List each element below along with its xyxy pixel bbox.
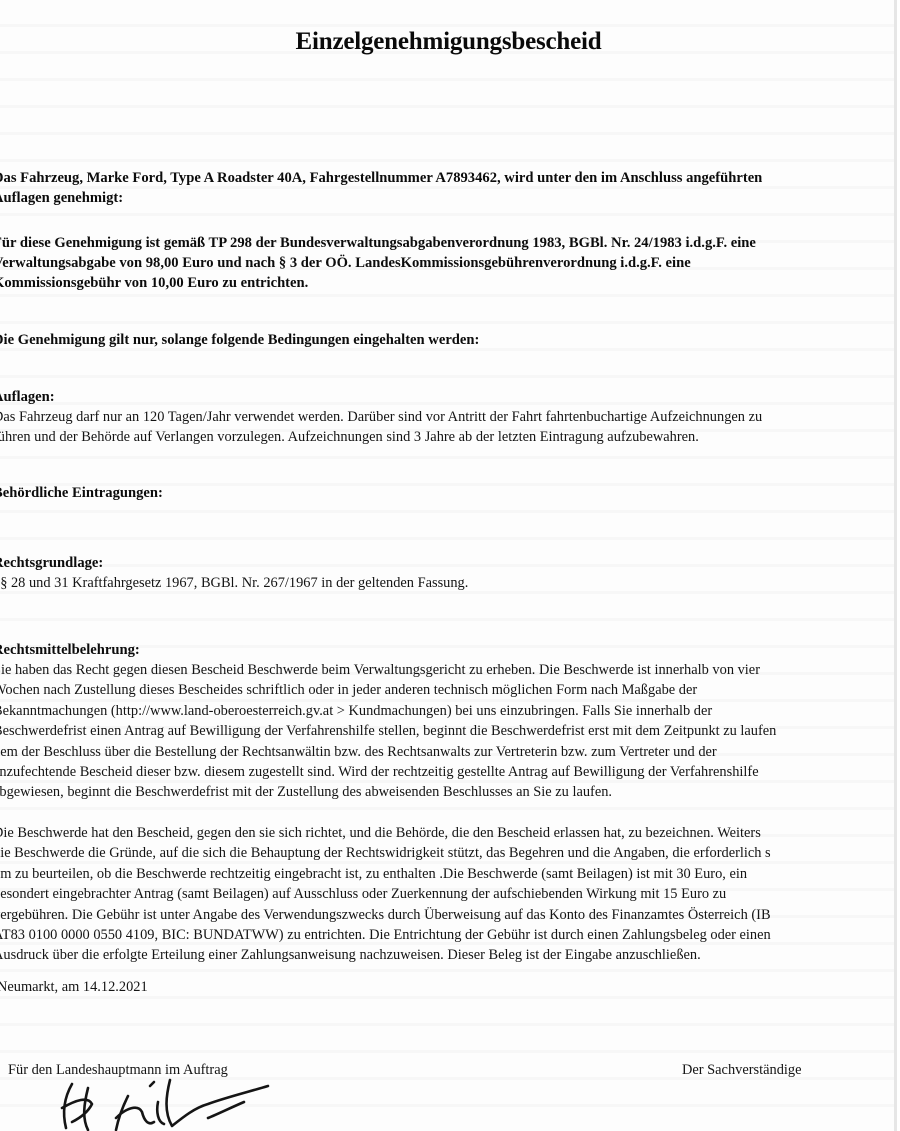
beschwerde-line: Die Beschwerde hat den Bescheid, gegen d…: [0, 823, 897, 843]
condition-statement: Die Genehmigung gilt nur, solange folgen…: [0, 330, 897, 350]
fees-line: Kommissionsgebühr von 10,00 Euro zu entr…: [0, 273, 897, 293]
intro-paragraph: Das Fahrzeug, Marke Ford, Type A Roadste…: [0, 168, 897, 208]
intro-line: Das Fahrzeug, Marke Ford, Type A Roadste…: [0, 168, 897, 188]
rechtsgrundlage-section: Rechtsgrundlage: §§ 28 und 31 Kraftfahrg…: [0, 553, 897, 593]
beschwerde-line: vergebühren. Die Gebühr ist unter Angabe…: [0, 905, 897, 925]
rechtsmittel-line: Sie haben das Recht gegen diesen Beschei…: [0, 660, 897, 680]
auflagen-line: Das Fahrzeug darf nur an 120 Tagen/Jahr …: [0, 407, 897, 427]
beschwerde-paragraph: Die Beschwerde hat den Bescheid, gegen d…: [0, 823, 897, 966]
rechtsmittel-line: abgewiesen, beginnt die Beschwerdefrist …: [0, 782, 897, 802]
rechtsmittel-line: Beschwerdefrist einen Antrag auf Bewilli…: [0, 721, 897, 741]
rechtsmittel-line: dem der Beschluss über die Bestellung de…: [0, 742, 897, 762]
auflagen-line: führen und der Behörde auf Verlangen vor…: [0, 427, 897, 447]
handwritten-signature-icon: [58, 1078, 278, 1131]
beschwerde-line: die Beschwerde die Gründe, auf die sich …: [0, 843, 897, 863]
signatory-right: Der Sachverständige: [682, 1060, 801, 1080]
fees-line: Für diese Genehmigung ist gemäß TP 298 d…: [0, 233, 897, 253]
behoerdliche-eintragungen-heading: Behördliche Eintragungen:: [0, 483, 897, 503]
rechtsmittelbelehrung-heading: Rechtsmittelbelehrung:: [0, 640, 897, 660]
beschwerde-line: Ausdruck über die erfolgte Erteilung ein…: [0, 945, 897, 965]
intro-line: Auflagen genehmigt:: [0, 188, 897, 208]
document-page: Einzelgenehmigungsbescheid Das Fahrzeug,…: [0, 0, 897, 1131]
beschwerde-line: AT83 0100 0000 0550 4109, BIC: BUNDATWW)…: [0, 925, 897, 945]
rechtsmittelbelehrung-section: Rechtsmittelbelehrung: Sie haben das Rec…: [0, 640, 897, 803]
rechtsmittel-line: anzufechtende Bescheid dieser bzw. diese…: [0, 762, 897, 782]
auflagen-section: Auflagen: Das Fahrzeug darf nur an 120 T…: [0, 387, 897, 448]
document-title: Einzelgenehmigungsbescheid: [0, 28, 897, 56]
fees-paragraph: Für diese Genehmigung ist gemäß TP 298 d…: [0, 233, 897, 293]
beschwerde-line: um zu beurteilen, ob die Beschwerde rech…: [0, 864, 897, 884]
fees-line: Verwaltungsabgabe von 98,00 Euro und nac…: [0, 253, 897, 273]
rechtsgrundlage-heading: Rechtsgrundlage:: [0, 553, 897, 573]
rechtsmittel-line: Bekanntmachungen (http://www.land-oberoe…: [0, 701, 897, 721]
place-date: Neumarkt, am 14.12.2021: [0, 977, 148, 997]
auflagen-heading: Auflagen:: [0, 387, 897, 407]
rechtsmittel-line: Wochen nach Zustellung dieses Bescheides…: [0, 680, 897, 700]
beschwerde-line: gesondert eingebrachter Antrag (samt Bei…: [0, 884, 897, 904]
page-edge: [894, 0, 897, 1131]
rechtsgrundlage-line: §§ 28 und 31 Kraftfahrgesetz 1967, BGBl.…: [0, 573, 897, 593]
